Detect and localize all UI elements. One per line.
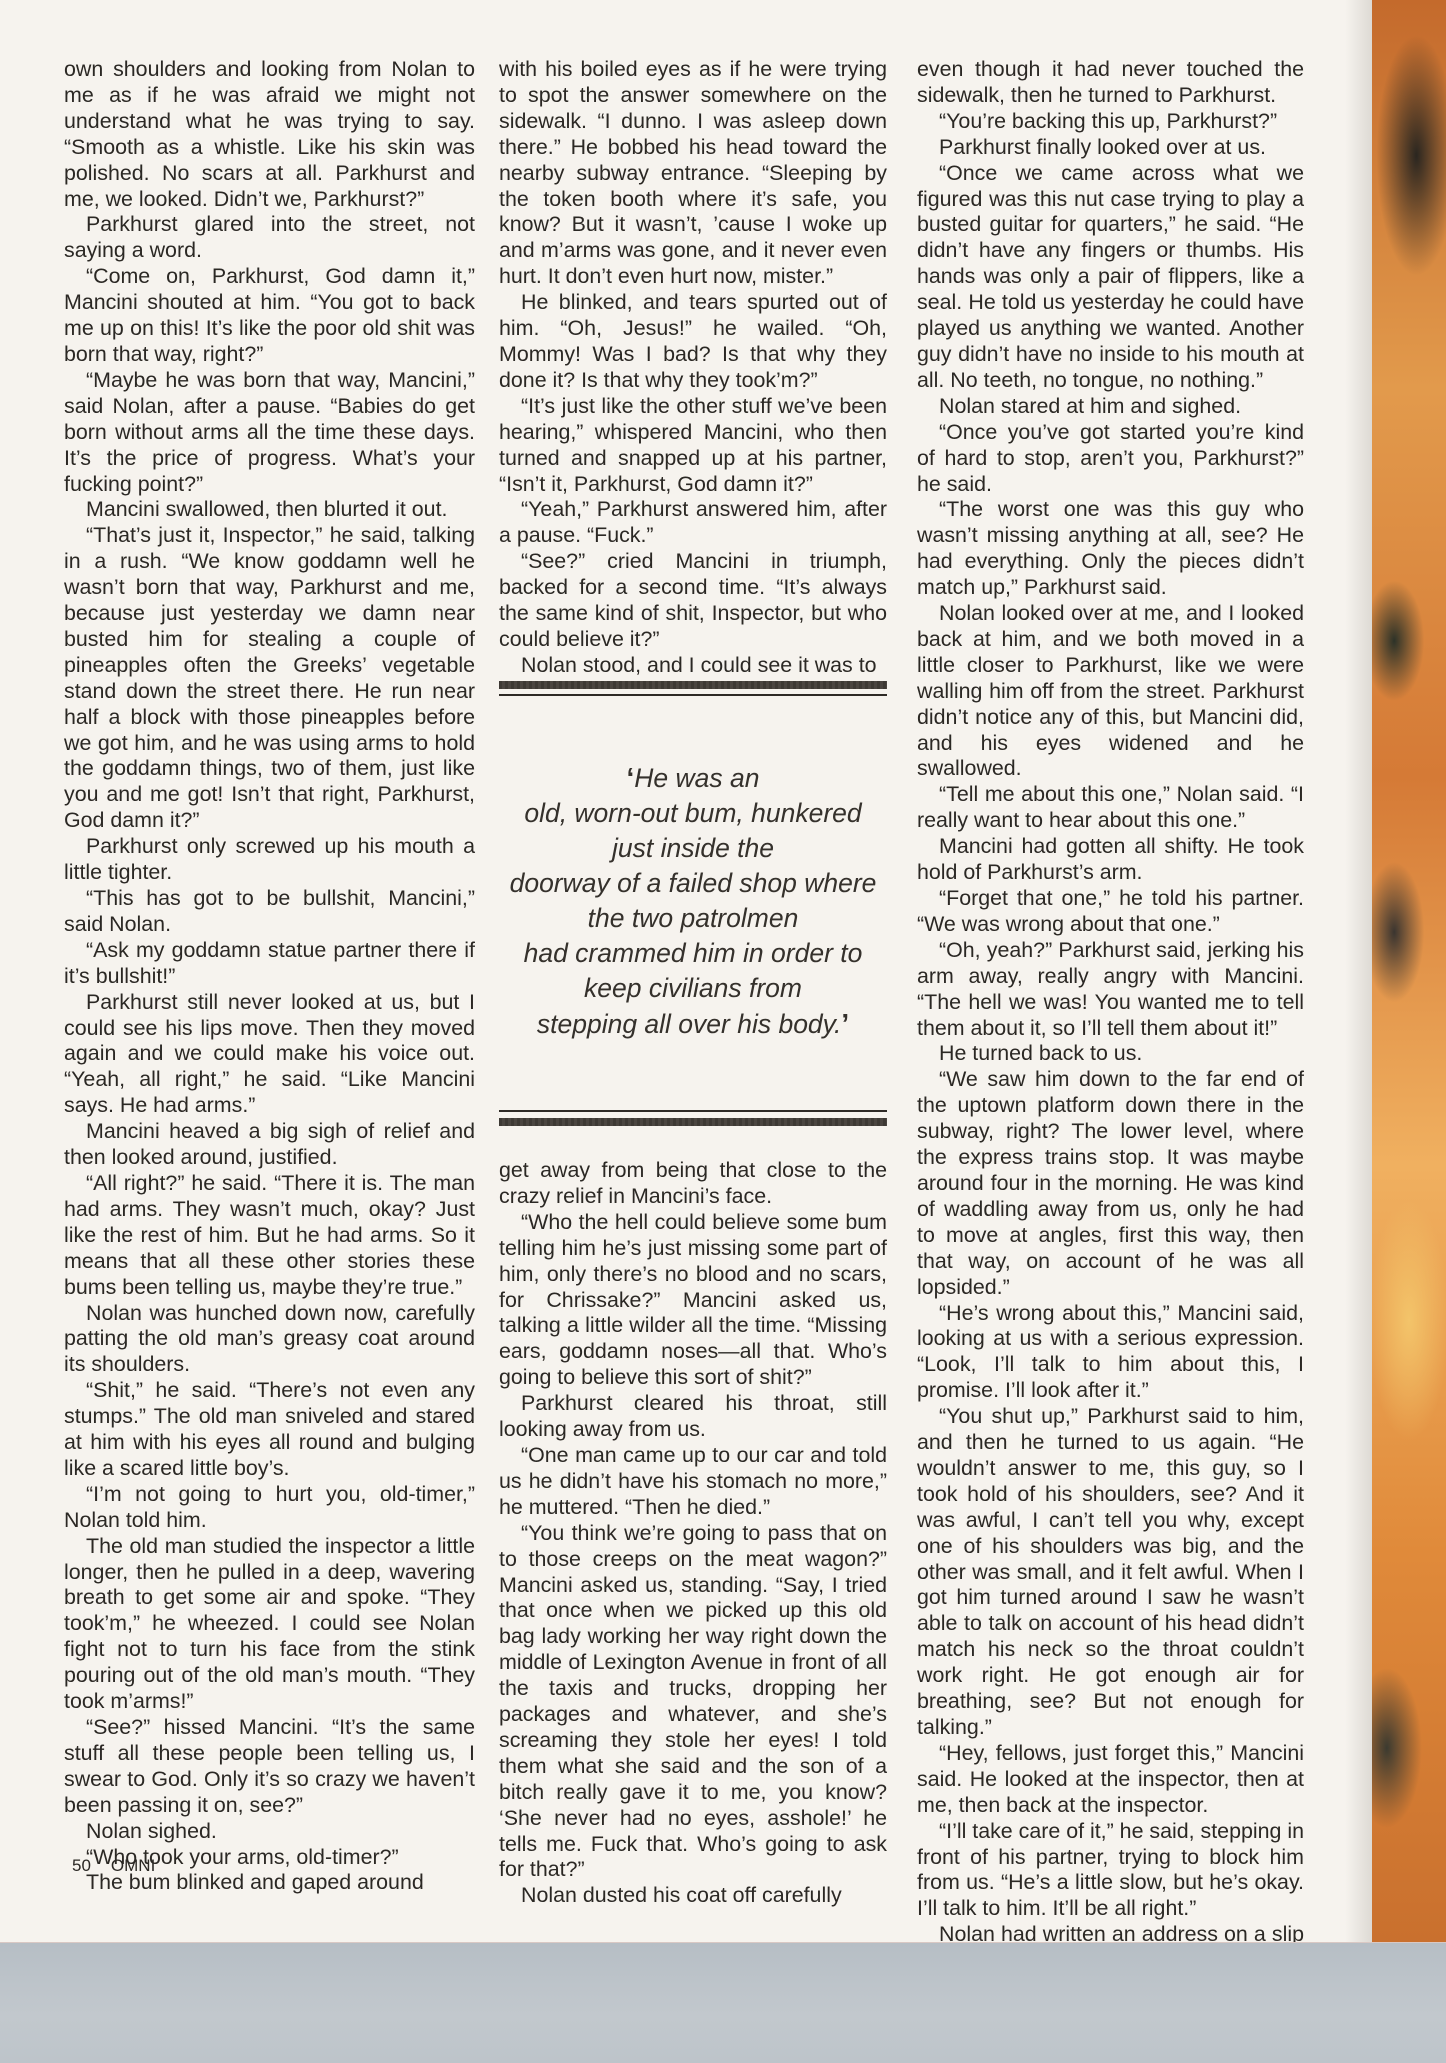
paragraph: “Forget that one,” he told his partner. …	[917, 886, 1304, 938]
paragraph: Parkhurst cleared his throat, still look…	[499, 1391, 887, 1443]
paragraph: “Once we came across what we figured was…	[917, 161, 1304, 394]
paragraph: “One man came up to our car and told us …	[499, 1443, 887, 1521]
column-1: own shoulders and looking from Nolan to …	[64, 57, 475, 1896]
paragraph: Nolan looked over at me, and I looked ba…	[917, 601, 1304, 782]
paragraph: Parkhurst still never looked at us, but …	[64, 990, 475, 1120]
pull-quote-line: just inside the	[612, 833, 774, 863]
paragraph: “I’m not going to hurt you, old-timer,” …	[64, 1482, 475, 1534]
pull-quote-line: the two patrolmen	[588, 903, 799, 933]
paragraph: Parkhurst glared into the street, not sa…	[64, 212, 475, 264]
paragraph: Nolan stared at him and sighed.	[917, 394, 1304, 420]
paragraph: “All right?” he said. “There it is. The …	[64, 1171, 475, 1301]
paragraph: “It’s just like the other stuff we’ve be…	[499, 394, 887, 498]
paragraph: “You’re backing this up, Parkhurst?”	[917, 109, 1304, 135]
paragraph: Nolan was hunched down now, carefully pa…	[64, 1301, 475, 1379]
binding-gutter-shadow	[1345, 0, 1375, 1942]
paragraph: “See?” cried Mancini in triumph, backed …	[499, 549, 887, 653]
paragraph: “You think we’re going to pass that on t…	[499, 1521, 887, 1884]
pull-quote-line: keep civilians from	[584, 973, 802, 1003]
column-2-top: with his boiled eyes as if he were tryin…	[499, 57, 887, 679]
pull-quote-line: stepping all over his body.	[537, 1009, 841, 1039]
pullquote-bottom-rule-thin	[499, 1110, 887, 1112]
paragraph: get away from being that close to the cr…	[499, 1158, 887, 1210]
pull-quote-line: old, worn-out bum, hunkered	[524, 798, 861, 828]
column-3: even though it had never touched the sid…	[917, 57, 1304, 2000]
paragraph: “We saw him down to the far end of the u…	[917, 1067, 1304, 1300]
paragraph: “Hey, fellows, just forget this,” Mancin…	[917, 1741, 1304, 1819]
page-number: 50	[72, 1856, 91, 1875]
pullquote-top-rule-thin	[499, 694, 887, 696]
paragraph: “Shit,” he said. “There’s not even any s…	[64, 1378, 475, 1482]
paragraph: Nolan sighed.	[64, 1819, 475, 1845]
paragraph: Parkhurst only screwed up his mouth a li…	[64, 834, 475, 886]
paragraph: “He’s wrong about this,” Mancini said, l…	[917, 1301, 1304, 1405]
paragraph: “Tell me about this one,” Nolan said. “I…	[917, 782, 1304, 834]
paragraph: “Come on, Parkhurst, God damn it,” Manci…	[64, 264, 475, 368]
page-folio: 50OMNI	[72, 1856, 155, 1876]
magazine-page: own shoulders and looking from Nolan to …	[0, 0, 1446, 1942]
paragraph: Mancini swallowed, then blurted it out.	[64, 497, 475, 523]
pull-quote-line: had crammed him in order to	[524, 938, 863, 968]
paragraph: Mancini heaved a big sigh of relief and …	[64, 1119, 475, 1171]
paragraph: “Ask my goddamn statue partner there if …	[64, 938, 475, 990]
paragraph: Nolan dusted his coat off carefully	[499, 1883, 887, 1909]
pullquote-bottom-rule-thick	[499, 1118, 887, 1126]
flame-photo-edge	[1372, 0, 1446, 1942]
column-2-bottom: get away from being that close to the cr…	[499, 1158, 887, 1909]
paragraph: “The worst one was this guy who wasn’t m…	[917, 497, 1304, 601]
paragraph: “Yeah,” Parkhurst answered him, after a …	[499, 497, 887, 549]
paragraph: “Oh, yeah?” Parkhurst said, jerking his …	[917, 938, 1304, 1042]
pull-quote-line: doorway of a failed shop where	[510, 868, 877, 898]
paragraph: “See?” hissed Mancini. “It’s the same st…	[64, 1715, 475, 1819]
paragraph: own shoulders and looking from Nolan to …	[64, 57, 475, 212]
close-quote-mark-icon: ’	[841, 1008, 849, 1039]
paragraph: “Maybe he was born that way, Mancini,” s…	[64, 368, 475, 498]
paragraph: even though it had never touched the sid…	[917, 57, 1304, 109]
pull-quote-line: He was an	[634, 763, 759, 793]
paragraph: He blinked, and tears spurted out of him…	[499, 290, 887, 394]
paragraph: “You shut up,” Parkhurst said to him, an…	[917, 1404, 1304, 1741]
pullquote-top-rule-thick	[499, 681, 887, 689]
paragraph: “This has got to be bullshit, Mancini,” …	[64, 886, 475, 938]
paragraph: Nolan stood, and I could see it was to	[499, 653, 887, 679]
paragraph: “Who the hell could believe some bum tel…	[499, 1210, 887, 1391]
paragraph: with his boiled eyes as if he were tryin…	[499, 57, 887, 290]
paragraph: Mancini had gotten all shifty. He took h…	[917, 834, 1304, 886]
magazine-name: OMNI	[111, 1856, 155, 1875]
paragraph: He turned back to us.	[917, 1041, 1304, 1067]
paragraph: The old man studied the inspector a litt…	[64, 1534, 475, 1715]
scanner-background	[0, 1942, 1446, 2063]
paragraph: “Once you’ve got started you’re kind of …	[917, 420, 1304, 498]
pull-quote: ‘He was an old, worn-out bum, hunkered j…	[499, 760, 887, 1042]
paragraph: “I’ll take care of it,” he said, steppin…	[917, 1819, 1304, 1923]
paragraph: “That’s just it, Inspector,” he said, ta…	[64, 523, 475, 834]
paragraph: Parkhurst finally looked over at us.	[917, 135, 1304, 161]
